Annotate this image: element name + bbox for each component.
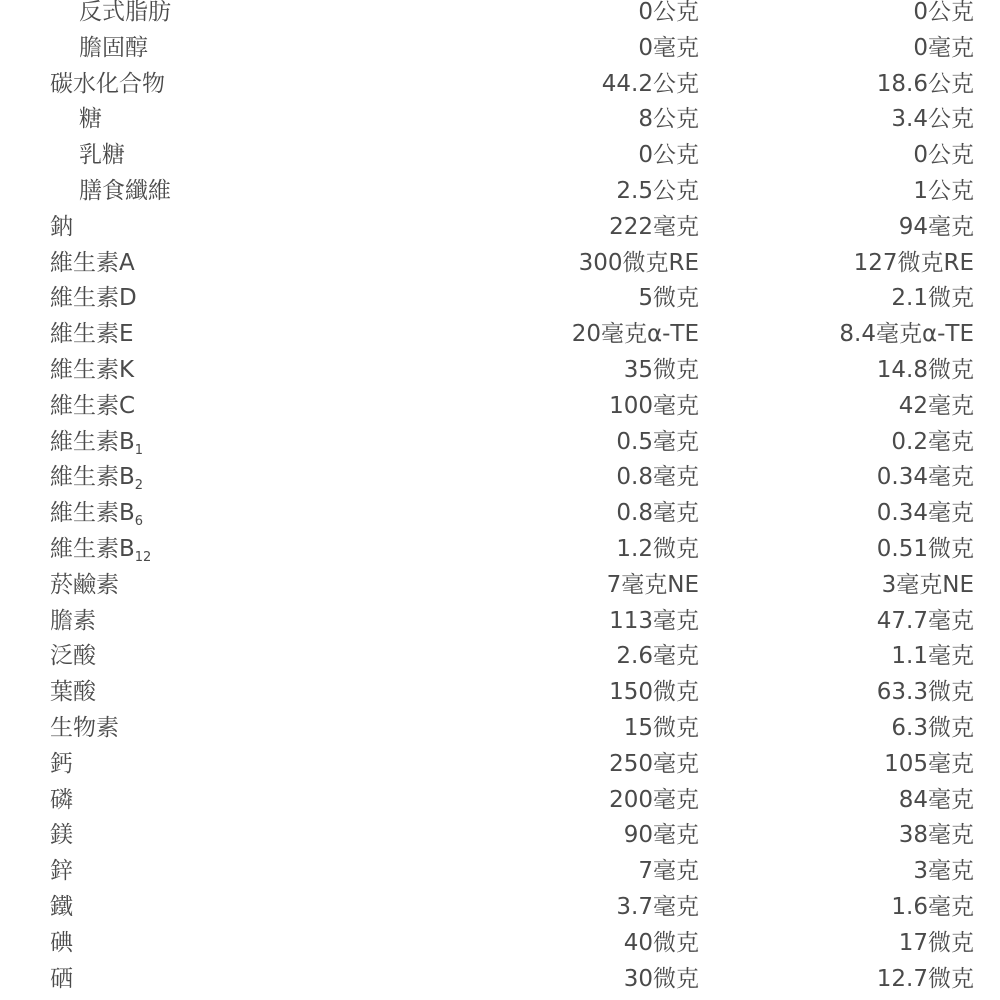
nutrient-name-text: 維生素A xyxy=(50,250,135,276)
value-column-1: 5微克 xyxy=(638,281,699,317)
nutrient-name-text: 維生素K xyxy=(50,357,134,383)
value-column-1: 20毫克α-TE xyxy=(572,317,699,353)
nutrient-name: 維生素B2 xyxy=(50,460,143,496)
value-column-1: 222毫克 xyxy=(609,210,699,246)
nutrient-name: 碳水化合物 xyxy=(50,67,165,103)
nutrition-facts-table: 反式脂肪 0公克 0公克 膽固醇 0毫克 0毫克 碳水化合物 44.2公克 18… xyxy=(0,0,1000,997)
value-column-2: 0.34毫克 xyxy=(877,496,974,532)
nutrient-row: 維生素B12 1.2微克 0.51微克 xyxy=(0,532,1000,568)
value-column-1: 300微克RE xyxy=(579,246,699,282)
nutrient-row: 膽固醇 0毫克 0毫克 xyxy=(0,31,1000,67)
value-column-2: 18.6公克 xyxy=(877,67,974,103)
value-column-2: 38毫克 xyxy=(899,818,974,854)
nutrient-row: 維生素B6 0.8毫克 0.34毫克 xyxy=(0,496,1000,532)
value-column-2: 84毫克 xyxy=(899,783,974,819)
nutrient-row: 維生素B2 0.8毫克 0.34毫克 xyxy=(0,460,1000,496)
value-column-2: 3.4公克 xyxy=(891,102,974,138)
nutrient-name-text: 膽固醇 xyxy=(79,35,148,61)
nutrient-name-text: 維生素B xyxy=(50,464,135,490)
nutrient-name: 鎂 xyxy=(50,818,73,854)
nutrient-row: 磷 200毫克 84毫克 xyxy=(0,783,1000,819)
nutrient-row: 生物素 15微克 6.3微克 xyxy=(0,711,1000,747)
nutrient-name-text: 維生素B xyxy=(50,500,135,526)
value-column-1: 250毫克 xyxy=(609,747,699,783)
nutrient-name: 鐵 xyxy=(50,890,73,926)
nutrient-row: 菸鹼素 7毫克NE 3毫克NE xyxy=(0,568,1000,604)
nutrient-name-text: 磷 xyxy=(50,787,73,813)
value-column-2: 0.51微克 xyxy=(877,532,974,568)
value-column-2: 42毫克 xyxy=(899,389,974,425)
nutrient-name: 維生素B1 xyxy=(50,425,143,461)
nutrient-name-text: 生物素 xyxy=(50,715,119,741)
nutrient-subscript: 12 xyxy=(135,550,152,565)
nutrient-row: 鋅 7毫克 3毫克 xyxy=(0,854,1000,890)
nutrient-row: 反式脂肪 0公克 0公克 xyxy=(0,0,1000,31)
nutrient-name: 維生素B6 xyxy=(50,496,143,532)
value-column-2: 17微克 xyxy=(899,926,974,962)
nutrient-row: 膳食纖維 2.5公克 1公克 xyxy=(0,174,1000,210)
nutrient-name: 維生素E xyxy=(50,317,134,353)
nutrient-row: 葉酸 150微克 63.3微克 xyxy=(0,675,1000,711)
value-column-2: 6.3微克 xyxy=(891,711,974,747)
value-column-2: 127微克RE xyxy=(854,246,974,282)
value-column-2: 8.4毫克α-TE xyxy=(839,317,974,353)
value-column-1: 0公克 xyxy=(638,138,699,174)
value-column-1: 2.6毫克 xyxy=(616,639,699,675)
value-column-1: 0毫克 xyxy=(638,31,699,67)
value-column-1: 100毫克 xyxy=(609,389,699,425)
value-column-2: 63.3微克 xyxy=(877,675,974,711)
value-column-2: 3毫克NE xyxy=(882,568,974,604)
nutrient-name-text: 糖 xyxy=(79,106,102,132)
nutrient-row: 維生素D 5微克 2.1微克 xyxy=(0,281,1000,317)
value-column-1: 30微克 xyxy=(624,962,699,998)
nutrient-name: 菸鹼素 xyxy=(50,568,119,604)
value-column-2: 47.7毫克 xyxy=(877,604,974,640)
value-column-1: 35微克 xyxy=(624,353,699,389)
nutrient-name-text: 碳水化合物 xyxy=(50,71,165,97)
value-column-1: 7毫克NE xyxy=(607,568,699,604)
nutrient-row: 泛酸 2.6毫克 1.1毫克 xyxy=(0,639,1000,675)
value-column-2: 1.1毫克 xyxy=(891,639,974,675)
nutrient-name: 硒 xyxy=(50,962,73,998)
nutrient-name: 維生素C xyxy=(50,389,135,425)
nutrient-name: 葉酸 xyxy=(50,675,96,711)
value-column-1: 40微克 xyxy=(624,926,699,962)
nutrient-row: 鈉 222毫克 94毫克 xyxy=(0,210,1000,246)
value-column-2: 0毫克 xyxy=(913,31,974,67)
value-column-2: 0.34毫克 xyxy=(877,460,974,496)
nutrient-row: 膽素 113毫克 47.7毫克 xyxy=(0,604,1000,640)
nutrient-row: 碘 40微克 17微克 xyxy=(0,926,1000,962)
nutrient-row: 鈣 250毫克 105毫克 xyxy=(0,747,1000,783)
nutrient-name-text: 鋅 xyxy=(50,858,73,884)
value-column-2: 1公克 xyxy=(913,174,974,210)
nutrient-name-text: 鈉 xyxy=(50,214,73,240)
nutrient-name-text: 膽素 xyxy=(50,608,96,634)
value-column-1: 44.2公克 xyxy=(602,67,699,103)
nutrient-row: 維生素C 100毫克 42毫克 xyxy=(0,389,1000,425)
nutrient-row: 維生素E 20毫克α-TE 8.4毫克α-TE xyxy=(0,317,1000,353)
value-column-1: 0公克 xyxy=(638,0,699,31)
nutrient-row: 糖 8公克 3.4公克 xyxy=(0,102,1000,138)
nutrient-name-text: 鎂 xyxy=(50,822,73,848)
nutrient-name: 膽固醇 xyxy=(79,31,148,67)
nutrient-name: 反式脂肪 xyxy=(79,0,171,31)
value-column-1: 2.5公克 xyxy=(616,174,699,210)
value-column-2: 105毫克 xyxy=(884,747,974,783)
nutrient-name: 維生素A xyxy=(50,246,135,282)
nutrient-name: 碘 xyxy=(50,926,73,962)
nutrient-name-text: 鈣 xyxy=(50,751,73,777)
nutrient-row: 乳糖 0公克 0公克 xyxy=(0,138,1000,174)
nutrient-name: 膽素 xyxy=(50,604,96,640)
value-column-2: 14.8微克 xyxy=(877,353,974,389)
nutrient-name-text: 泛酸 xyxy=(50,643,96,669)
nutrient-name-text: 維生素B xyxy=(50,429,135,455)
nutrient-name: 維生素D xyxy=(50,281,137,317)
nutrient-name: 泛酸 xyxy=(50,639,96,675)
value-column-2: 94毫克 xyxy=(899,210,974,246)
nutrient-name: 磷 xyxy=(50,783,73,819)
nutrient-row: 碳水化合物 44.2公克 18.6公克 xyxy=(0,67,1000,103)
nutrient-subscript: 6 xyxy=(135,514,143,529)
nutrient-row: 維生素K 35微克 14.8微克 xyxy=(0,353,1000,389)
nutrient-row: 硒 30微克 12.7微克 xyxy=(0,962,1000,998)
nutrient-name-text: 鐵 xyxy=(50,894,73,920)
nutrient-row: 鎂 90毫克 38毫克 xyxy=(0,818,1000,854)
nutrient-name-text: 維生素C xyxy=(50,393,135,419)
nutrient-name: 維生素K xyxy=(50,353,134,389)
nutrient-name-text: 反式脂肪 xyxy=(79,0,171,25)
nutrient-subscript: 2 xyxy=(135,478,143,493)
value-column-2: 0公克 xyxy=(913,0,974,31)
value-column-1: 0.8毫克 xyxy=(616,460,699,496)
nutrient-name: 糖 xyxy=(79,102,102,138)
nutrient-name-text: 菸鹼素 xyxy=(50,572,119,598)
value-column-2: 1.6毫克 xyxy=(891,890,974,926)
value-column-1: 0.5毫克 xyxy=(616,425,699,461)
nutrient-name-text: 維生素D xyxy=(50,285,137,311)
nutrient-name-text: 膳食纖維 xyxy=(79,178,171,204)
nutrient-name: 鋅 xyxy=(50,854,73,890)
value-column-1: 3.7毫克 xyxy=(616,890,699,926)
nutrient-name-text: 硒 xyxy=(50,966,73,992)
nutrient-name-text: 維生素E xyxy=(50,321,134,347)
value-column-1: 7毫克 xyxy=(638,854,699,890)
nutrient-row: 維生素A 300微克RE 127微克RE xyxy=(0,246,1000,282)
value-column-2: 2.1微克 xyxy=(891,281,974,317)
nutrient-name-text: 葉酸 xyxy=(50,679,96,705)
nutrient-name: 生物素 xyxy=(50,711,119,747)
nutrient-row: 鐵 3.7毫克 1.6毫克 xyxy=(0,890,1000,926)
value-column-1: 90毫克 xyxy=(624,818,699,854)
nutrient-name: 乳糖 xyxy=(79,138,125,174)
value-column-1: 1.2微克 xyxy=(616,532,699,568)
value-column-2: 0.2毫克 xyxy=(891,425,974,461)
value-column-1: 113毫克 xyxy=(609,604,699,640)
value-column-1: 0.8毫克 xyxy=(616,496,699,532)
value-column-2: 0公克 xyxy=(913,138,974,174)
nutrient-row: 維生素B1 0.5毫克 0.2毫克 xyxy=(0,425,1000,461)
nutrient-name-text: 維生素B xyxy=(50,536,135,562)
nutrient-subscript: 1 xyxy=(135,443,143,458)
nutrient-name: 維生素B12 xyxy=(50,532,151,568)
nutrient-name-text: 碘 xyxy=(50,930,73,956)
nutrient-name: 鈣 xyxy=(50,747,73,783)
value-column-1: 200毫克 xyxy=(609,783,699,819)
value-column-1: 150微克 xyxy=(609,675,699,711)
nutrient-name-text: 乳糖 xyxy=(79,142,125,168)
value-column-1: 15微克 xyxy=(624,711,699,747)
value-column-1: 8公克 xyxy=(638,102,699,138)
nutrient-name: 鈉 xyxy=(50,210,73,246)
nutrient-name: 膳食纖維 xyxy=(79,174,171,210)
value-column-2: 3毫克 xyxy=(913,854,974,890)
value-column-2: 12.7微克 xyxy=(877,962,974,998)
